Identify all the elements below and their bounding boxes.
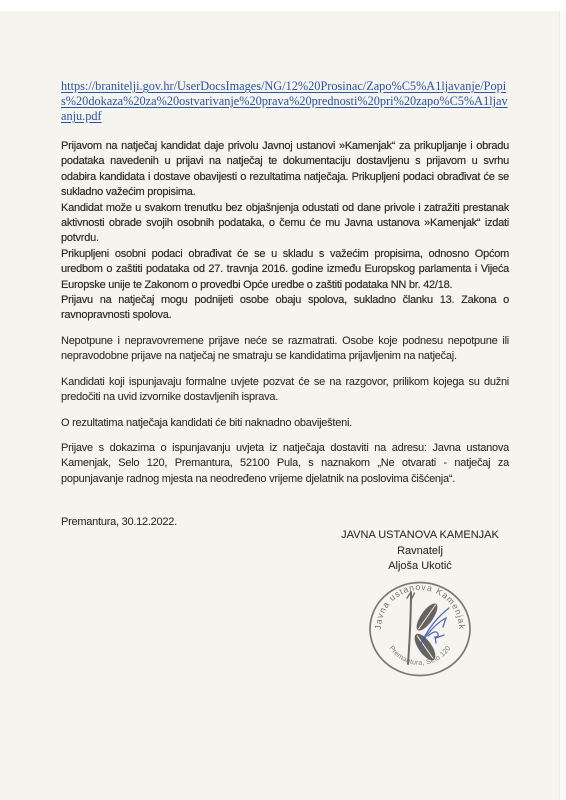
scan-edge-right [559,11,566,800]
document-body: https://branitelji.gov.hr/UserDocsImages… [61,79,509,531]
paragraph-interview: Kandidati koji ispunjavaju formalne uvje… [61,375,509,406]
paragraph-results: O rezultatima natječaja kandidati će bit… [61,416,509,431]
stamp-twig-leaves-icon [407,592,441,664]
paragraph-consent: Prijavom na natječaj kandidat daje privo… [61,139,509,201]
signoff-name: Aljoša Ukotić [320,559,520,575]
signoff-role: Ravnatelj [320,544,520,560]
paragraph-withdrawal: Kandidat može u svakom trenutku bez obja… [61,201,509,247]
document-link[interactable]: https://branitelji.gov.hr/UserDocsImages… [61,79,509,124]
paragraph-submission-address: Prijave s dokazima o ispunjavanju uvjeta… [61,441,509,487]
scanned-document-page: https://branitelji.gov.hr/UserDocsImages… [0,0,566,800]
scan-edge-top [0,0,566,11]
stamp-leaf-top [413,600,441,633]
signoff-organization: JAVNA USTANOVA KAMENJAK [320,528,520,544]
signature-block: JAVNA USTANOVA KAMENJAK Ravnatelj Aljoša… [320,528,520,575]
paragraph-incomplete-applications: Nepotpune i nepravovremene prijave neće … [61,334,509,365]
stamp-twig-stem [408,592,411,664]
paragraph-gdpr: Prikupljeni osobni podaci obrađivat će s… [61,247,509,293]
official-stamp: Javna ustanova Kamenjak Premantura, Selo… [366,580,474,680]
paragraph-equality: Prijavu na natječaj mogu podnijeti osobe… [61,293,509,324]
